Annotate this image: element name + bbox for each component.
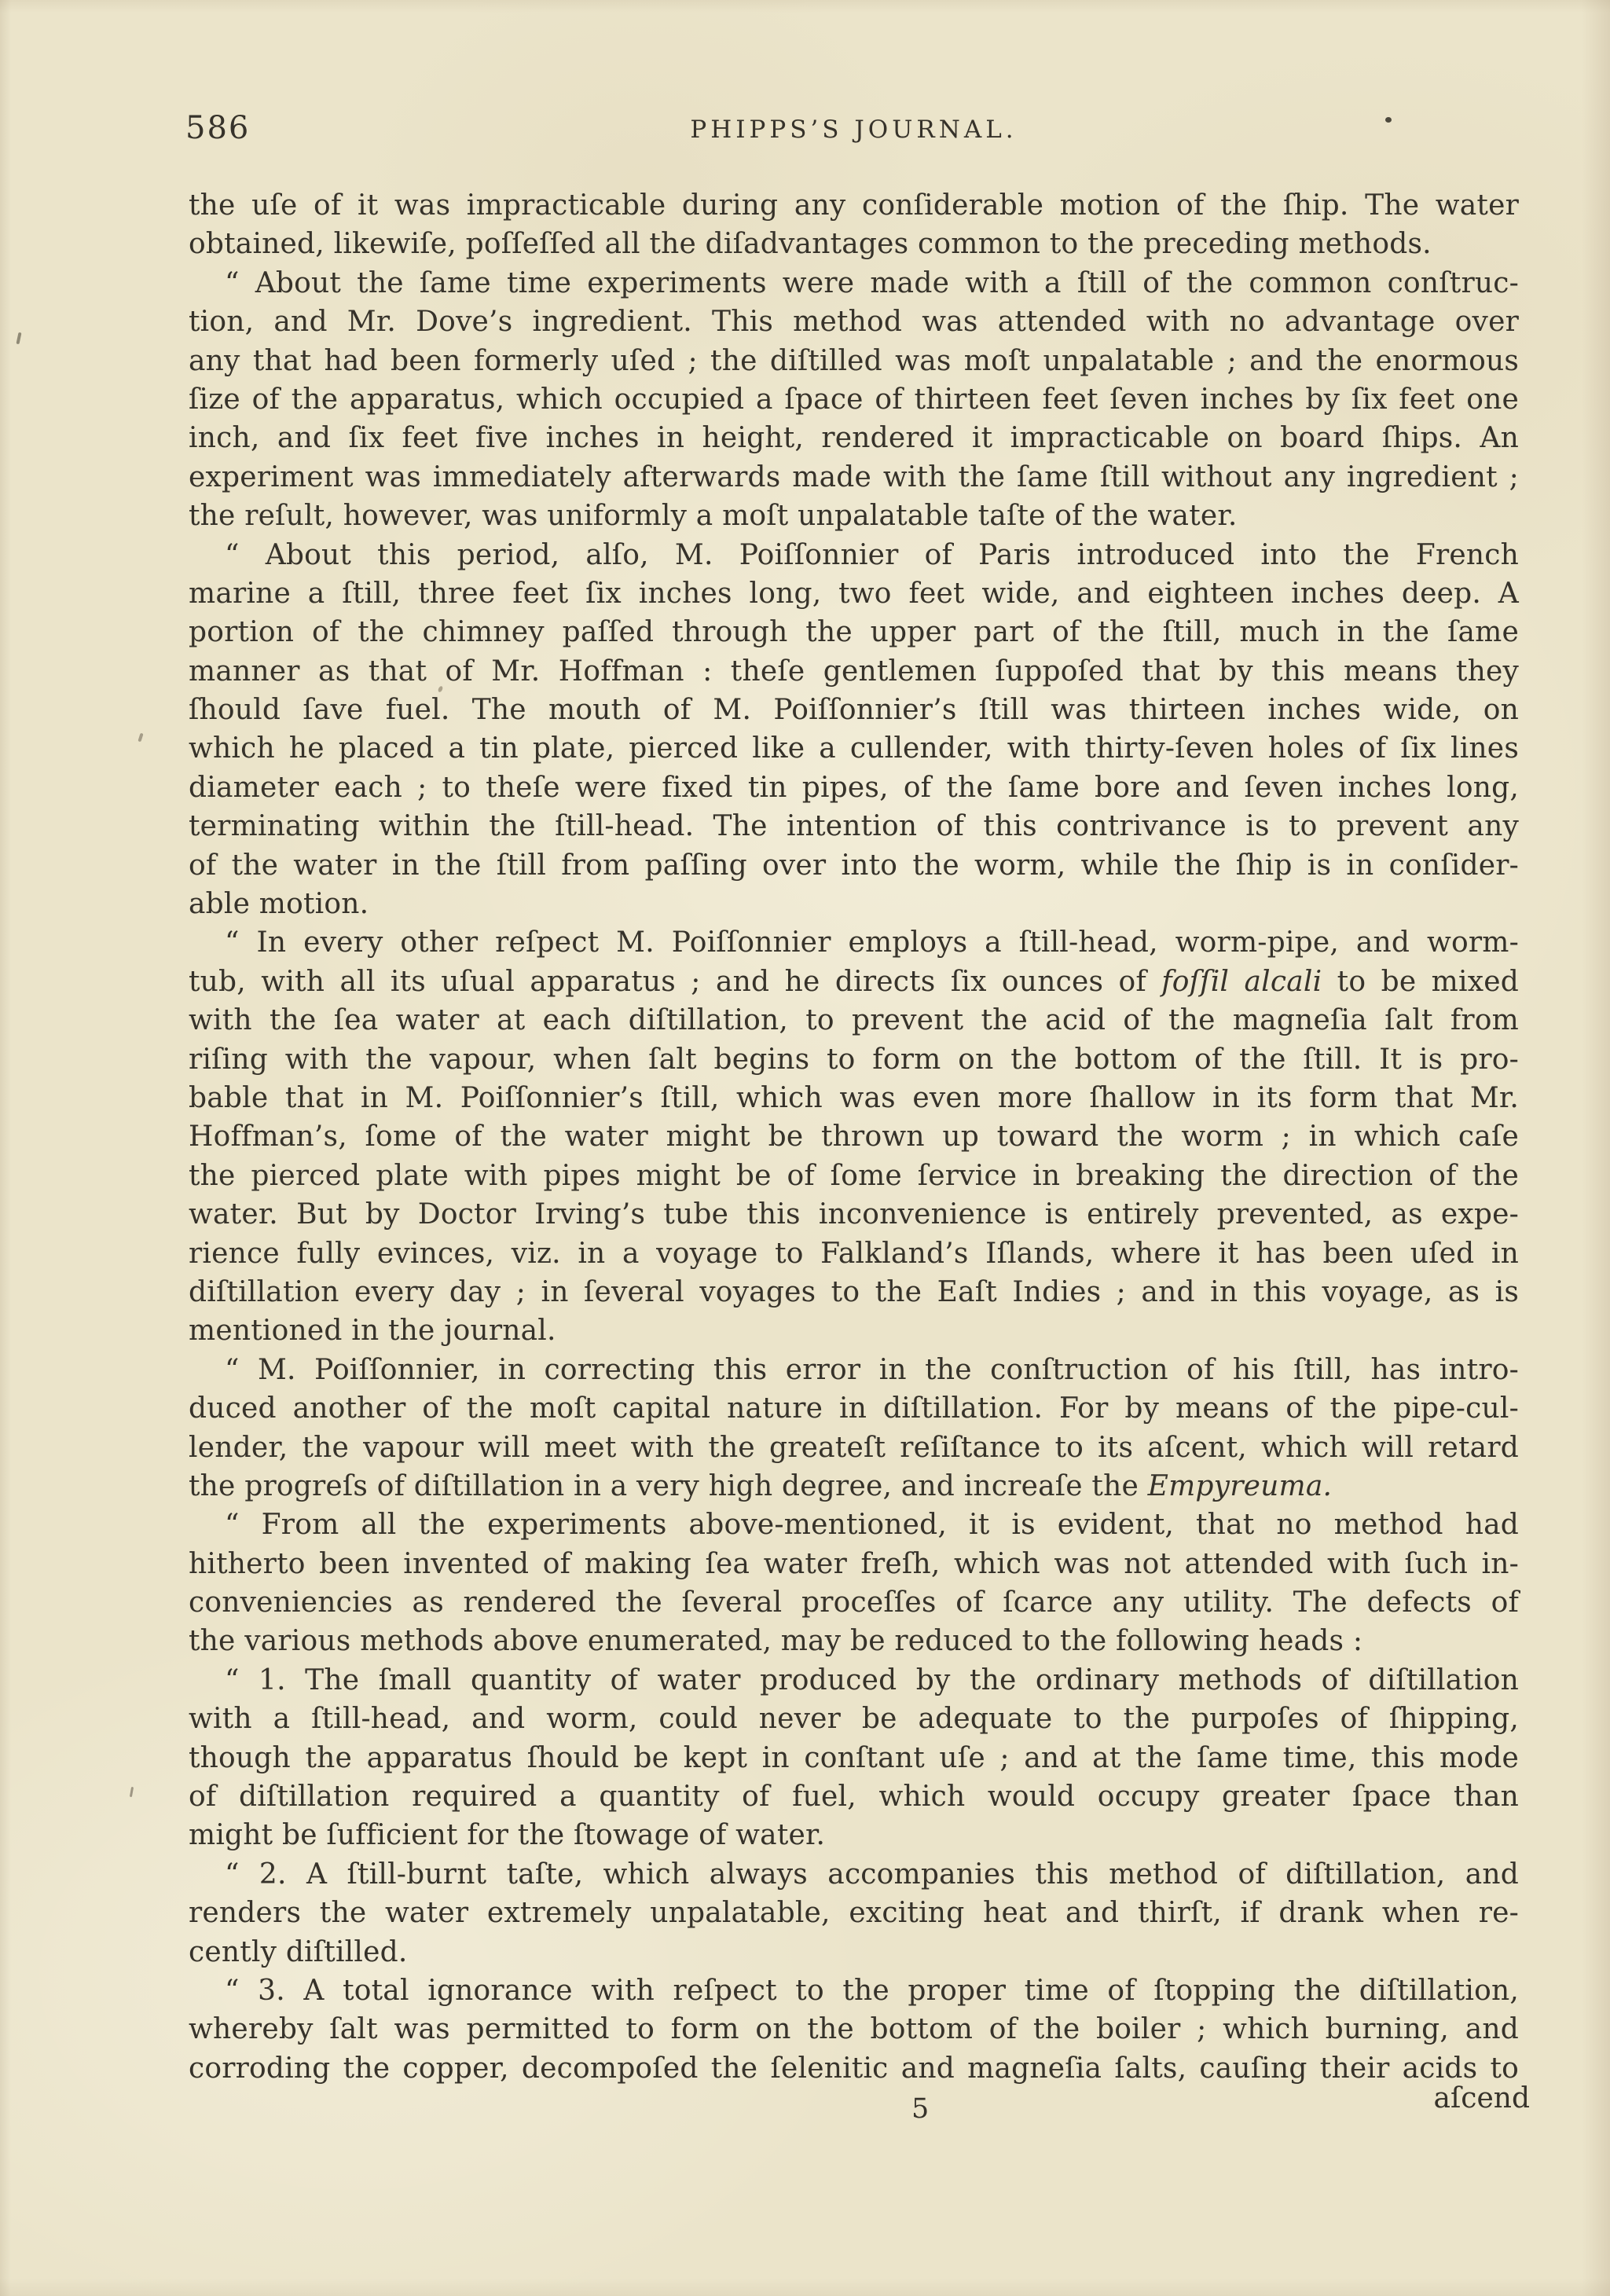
body-text: lender, the vapour will meet with the gr… [189,1432,1519,1464]
text-line: whereby ſalt was permitted to form on th… [189,2010,1519,2048]
body-text: to be mixed [1322,966,1519,998]
body-text: might be ſufficient for the ſtowage of w… [189,1819,825,1851]
body-text: the various methods above enumerated, ma… [189,1625,1362,1657]
text-line: water. But by Doctor Irving’s tube this … [189,1195,1519,1234]
body-text: ſize of the apparatus, which occupied a … [189,383,1519,416]
body-text: “ M. Poiſſonnier, in correcting this err… [225,1354,1519,1386]
body-text: diſtillation every day ; in ſeveral voya… [189,1276,1519,1308]
body-text: terminating within the ſtill-head. The i… [189,810,1519,842]
text-line: “ In every other reſpect M. Poiſſonnier … [189,923,1519,962]
body-text: the progreſs of diſtillation in a very h… [189,1470,1148,1502]
body-text: whereby ſalt was permitted to form on th… [189,2013,1519,2045]
text-line: “ M. Poiſſonnier, in correcting this err… [189,1351,1519,1389]
text-line: the various methods above enumerated, ma… [189,1622,1519,1660]
body-text: marine a ſtill, three feet ſix inches lo… [189,578,1519,610]
text-line: “ About the ſame time experiments were m… [189,264,1519,303]
body-text: the pierced plate with pipes might be of… [189,1160,1519,1192]
text-line: hitherto been invented of making ſea wat… [189,1545,1519,1583]
body-text: rience fully evinces, viz. in a voyage t… [189,1238,1519,1270]
text-line: tion, and Mr. Dove’s ingredient. This me… [189,303,1519,341]
text-line: any that had been formerly uſed ; the di… [189,342,1519,380]
text-line: inch, and ſix feet five inches in height… [189,419,1519,457]
body-text: “ About the ſame time experiments were m… [225,267,1519,299]
body-text: renders the water extremely unpalatable,… [189,1897,1519,1929]
text-line: Hoffman’s, ſome of the water might be th… [189,1117,1519,1156]
body-text: which he placed a tin plate, pierced lik… [189,732,1519,765]
text-line: ſhould ſave fuel. The mouth of M. Poiſſo… [189,691,1519,729]
margin-ink-mark [16,332,21,345]
text-line: “ 2. A ſtill-burnt taſte, which always a… [189,1855,1519,1894]
body-text: the reſult, however, was uniformly a moſ… [189,500,1237,532]
body-text: “ About this period, alſo, M. Poiſſonnie… [225,539,1519,571]
text-line: riſing with the vapour, when ſalt begins… [189,1040,1519,1079]
text-line: the uſe of it was impracticable during a… [189,186,1519,225]
body-text: the uſe of it was impracticable during a… [189,189,1519,222]
body-text: “ 3. A total ignorance with reſpect to t… [225,1975,1519,2007]
body-text: experiment was immediately afterwards ma… [189,461,1519,493]
text-line: tub, with all its uſual apparatus ; and … [189,963,1519,1001]
text-line: the reſult, however, was uniformly a moſ… [189,497,1519,535]
body-text: “ From all the experiments above-mention… [225,1509,1519,1541]
text-line: with the ſea water at each diſtillation,… [189,1001,1519,1040]
page-text-block: the uſe of it was impracticable during a… [189,186,1519,2088]
body-text: riſing with the vapour, when ſalt begins… [189,1043,1519,1076]
body-text: “ 1. The ſmall quantity of water produce… [225,1664,1519,1696]
text-line: marine a ſtill, three feet ſix inches lo… [189,574,1519,613]
body-text: with the ſea water at each diſtillation,… [189,1004,1519,1036]
text-line: the pierced plate with pipes might be of… [189,1157,1519,1195]
book-page-scan: 586 PHIPPS’S JOURNAL. the uſe of it was … [0,0,1610,2296]
body-text: Hoffman’s, ſome of the water might be th… [189,1120,1519,1153]
body-text: inch, and ſix feet five inches in height… [189,422,1519,454]
text-line: obtained, likewiſe, poſſeſſed all the di… [189,225,1519,263]
text-line: rience fully evinces, viz. in a voyage t… [189,1234,1519,1273]
text-line: lender, the vapour will meet with the gr… [189,1429,1519,1467]
running-title: PHIPPS’S JOURNAL. [189,116,1519,144]
text-line: cently diſtilled. [189,1933,1519,1971]
body-text: “ In every other reſpect M. Poiſſonnier … [225,926,1519,959]
text-line: conveniencies as rendered the ſeveral pr… [189,1583,1519,1622]
body-text: manner as that of Mr. Hoffman : theſe ge… [189,655,1519,688]
body-text: of diſtillation required a quantity of f… [189,1781,1519,1813]
text-line: though the apparatus ſhould be kept in c… [189,1739,1519,1777]
body-text: tub, with all its uſual apparatus ; and … [189,966,1161,998]
body-text: though the apparatus ſhould be kept in c… [189,1742,1519,1774]
text-line: “ 1. The ſmall quantity of water produce… [189,1661,1519,1700]
italic-text: foſſil alcali [1161,966,1322,998]
body-text: obtained, likewiſe, poſſeſſed all the di… [189,228,1432,260]
text-line: might be ſufficient for the ſtowage of w… [189,1816,1519,1854]
text-line: ſize of the apparatus, which occupied a … [189,380,1519,419]
body-text: portion of the chimney paſſed through th… [189,616,1519,648]
italic-text: Empyreuma. [1148,1470,1333,1502]
body-text: any that had been formerly uſed ; the di… [189,345,1519,377]
body-text: bable that in M. Poiſſonnier’s ſtill, wh… [189,1082,1519,1114]
text-line: the progreſs of diſtillation in a very h… [189,1467,1519,1506]
body-text: hitherto been invented of making ſea wat… [189,1548,1519,1580]
body-text: ſhould ſave fuel. The mouth of M. Poiſſo… [189,694,1519,726]
text-line: portion of the chimney paſſed through th… [189,613,1519,651]
body-text: corroding the copper, decompoſed the ſel… [189,2052,1519,2085]
body-text: duced another of the moſt capital nature… [189,1392,1519,1425]
text-line: duced another of the moſt capital nature… [189,1389,1519,1428]
body-text: mentioned in the journal. [189,1315,556,1347]
text-line: of diſtillation required a quantity of f… [189,1777,1519,1816]
text-line: able motion. [189,885,1519,923]
body-text: able motion. [189,888,369,920]
text-line: experiment was immediately afterwards ma… [189,458,1519,497]
catchword: aſcend [1434,2082,1530,2114]
text-line: bable that in M. Poiſſonnier’s ſtill, wh… [189,1079,1519,1117]
margin-ink-mark [138,733,143,743]
text-line: mentioned in the journal. [189,1311,1519,1350]
body-text: “ 2. A ſtill-burnt taſte, which always a… [225,1858,1519,1891]
body-text: water. But by Doctor Irving’s tube this … [189,1198,1519,1231]
body-text: cently diſtilled. [189,1936,408,1968]
text-line: manner as that of Mr. Hoffman : theſe ge… [189,652,1519,691]
margin-ink-mark [130,1787,134,1797]
body-text: diameter each ; to theſe were fixed tin … [189,772,1519,804]
body-text: conveniencies as rendered the ſeveral pr… [189,1586,1519,1619]
page-header: 586 PHIPPS’S JOURNAL. [189,108,1519,159]
text-line: with a ſtill-head, and worm, could never… [189,1700,1519,1738]
text-line: “ About this period, alſo, M. Poiſſonnie… [189,536,1519,574]
text-line: of the water in the ſtill from paſſing o… [189,846,1519,885]
text-line: terminating within the ſtill-head. The i… [189,807,1519,845]
signature-mark: 5 [911,2093,929,2125]
body-text: of the water in the ſtill from paſſing o… [189,849,1519,882]
text-line: diſtillation every day ; in ſeveral voya… [189,1273,1519,1311]
body-text: tion, and Mr. Dove’s ingredient. This me… [189,306,1519,338]
text-line: renders the water extremely unpalatable,… [189,1894,1519,1932]
page-footer: 5 aſcend [189,2082,1519,2139]
text-line: “ 3. A total ignorance with reſpect to t… [189,1971,1519,2010]
body-text: with a ſtill-head, and worm, could never… [189,1703,1519,1735]
text-line: diameter each ; to theſe were fixed tin … [189,768,1519,807]
text-line: which he placed a tin plate, pierced lik… [189,729,1519,768]
text-line: “ From all the experiments above-mention… [189,1506,1519,1544]
